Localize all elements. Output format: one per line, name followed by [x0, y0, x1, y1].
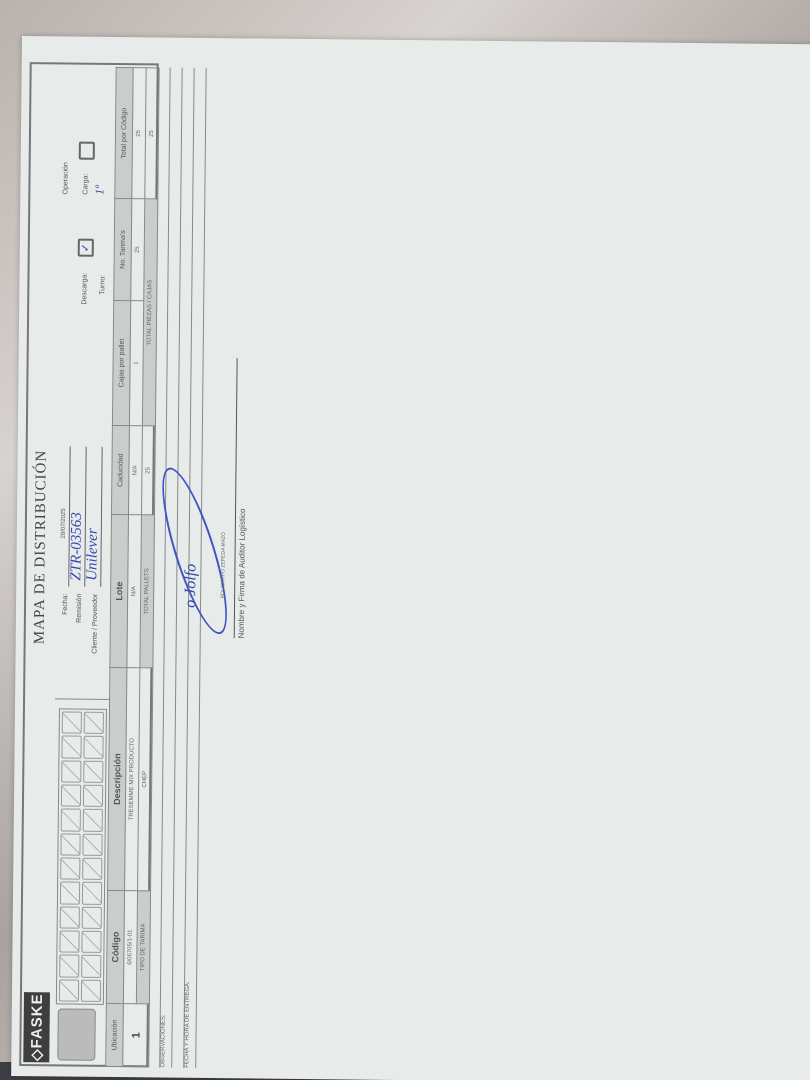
- truck-icon: [57, 1008, 96, 1060]
- signature-printed-name: POLICARPO ZEPEDA MAZO: [220, 532, 227, 598]
- carga-label: Carga:: [82, 174, 89, 195]
- remision-label: Remisión: [76, 594, 83, 623]
- pallet-slot: [59, 930, 79, 953]
- col-cajas-por-pallet: Cajas por pallet: [112, 300, 130, 426]
- col-ubicacion: Ubicación: [106, 1003, 124, 1066]
- logo-diamond-icon: ◇: [27, 1048, 45, 1061]
- form-title: MAPA DE DISTRIBUCIÓN: [32, 450, 51, 645]
- header-fields: Fecha: 28/07/2025 Remisión ZTR-03563 Cli…: [55, 358, 114, 700]
- pallet-slot: [59, 979, 79, 1002]
- pallet-slot: [61, 809, 81, 832]
- cell-codigo: 6/06705/1-01: [123, 891, 137, 1004]
- operacion-label: Operación: [62, 162, 69, 194]
- fecha-label: Fecha:: [62, 593, 69, 614]
- pallet-slot: [62, 711, 82, 734]
- signature-line: Nombre y Firma de Auditor Logístico: [234, 358, 238, 638]
- cell-tarimas: 25: [131, 199, 145, 300]
- pallet-slot: [82, 858, 102, 881]
- pallet-slot: [81, 931, 101, 954]
- pallet-slot: [60, 833, 80, 856]
- cliente-label: Cliente / Proveedor: [92, 594, 100, 654]
- distribution-table: Ubicación Código Descripción Lote Caduci…: [105, 67, 159, 1067]
- pallet-slot: [61, 760, 81, 783]
- brand-name: FASKE: [28, 993, 46, 1048]
- pallet-slot: [83, 760, 103, 783]
- pallet-slot: [82, 833, 102, 856]
- signature-handwriting: o Jolfo: [182, 564, 200, 608]
- remision-value: ZTR-03563: [68, 512, 86, 581]
- pallet-slot: [59, 955, 79, 978]
- distribution-map-form: ◇FASKE MAPA DE DISTRIBUCIÓN Fecha: 28/07…: [19, 56, 280, 1069]
- total-piezas-label: TOTAL PIEZAS / CAJAS: [142, 199, 157, 426]
- pallet-slot: [83, 785, 103, 808]
- total-pallets-label: TOTAL PALLETS: [140, 515, 155, 668]
- turno-label: Turno:: [99, 275, 106, 295]
- total-pallets-value: 25: [141, 426, 155, 515]
- cliente-value: Unilever: [84, 528, 102, 581]
- observaciones-label: OBSERVACIONES:: [160, 1014, 167, 1067]
- carga-checkbox[interactable]: [79, 142, 95, 160]
- pallet-slot: [83, 809, 103, 832]
- pallet-slot: [61, 784, 81, 807]
- pallet-slot: [81, 955, 101, 978]
- descarga-checkbox[interactable]: ✓: [78, 239, 94, 257]
- col-no-tarimas: No. Tarima's: [114, 199, 132, 300]
- cell-cajas: 1: [129, 300, 143, 426]
- tipo-tarima-label: TIPO DE TARIMA: [136, 891, 150, 1004]
- cell-caducidad: N/A: [128, 426, 142, 515]
- pallet-slot: [83, 736, 103, 759]
- col-caducidad: Caducidad: [111, 426, 129, 515]
- paper-sheet: ◇FASKE MAPA DE DISTRIBUCIÓN Fecha: 28/07…: [11, 36, 810, 1080]
- pallet-slot: [61, 736, 81, 759]
- col-total-por-codigo: Total por Código: [115, 67, 133, 199]
- turno-value: 1º: [92, 185, 107, 195]
- tipo-tarima-value: CHEP: [138, 668, 153, 891]
- cliente-line: [100, 447, 102, 587]
- pallet-slot: [60, 857, 80, 880]
- pallet-grid: [56, 708, 107, 1004]
- col-lote: Lote: [110, 514, 129, 667]
- total-piezas-value: 25: [145, 68, 159, 200]
- pallet-slot: [82, 906, 102, 929]
- operation-section: Operación Descarga: ✓ Carga: Turno: 1º: [59, 74, 117, 345]
- pallet-slot: [60, 882, 80, 905]
- pallet-slot: [81, 979, 101, 1002]
- col-codigo: Código: [106, 890, 124, 1003]
- fecha-value: 28/07/2025: [61, 508, 67, 538]
- descarga-label: Descarga:: [81, 273, 88, 305]
- fecha-entrega-label: FECHA Y HORA DE ENTREGA:: [184, 981, 191, 1068]
- signature-label: Nombre y Firma de Auditor Logístico: [237, 508, 247, 638]
- pallet-slot: [60, 906, 80, 929]
- cell-ubicacion: 1: [123, 1004, 150, 1067]
- pallet-slot: [82, 882, 102, 905]
- brand-logo: ◇FASKE: [23, 992, 50, 1062]
- pallet-slot: [84, 712, 104, 735]
- observaciones-line: OBSERVACIONES:: [159, 68, 176, 1068]
